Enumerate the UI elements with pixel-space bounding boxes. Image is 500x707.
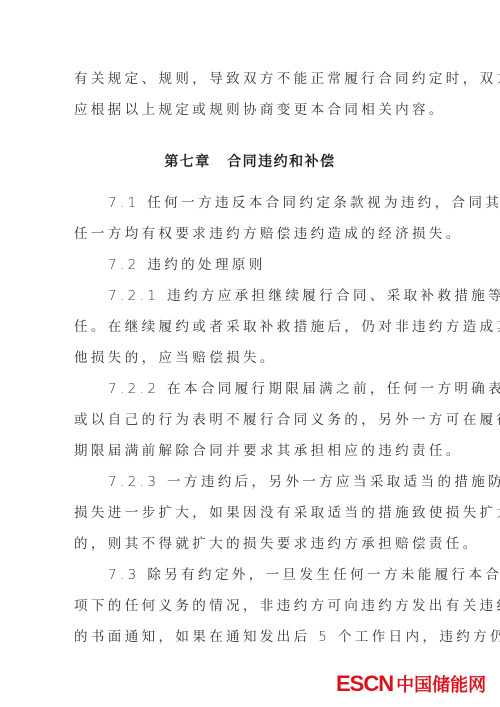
clause-7-2-1-line: 7.2.1 违约方应承担继续履行合同、采取补救措施等责	[108, 288, 424, 304]
clause-7-2-2-line: 7.2.2 在本合同履行期限届满之前，任何一方明确表示	[108, 381, 424, 397]
paragraph-line: 任一方均有权要求违约方赔偿违约造成的经济损失。	[74, 226, 424, 242]
paragraph-line: 项下的任何义务的情况，非违约方可向违约方发出有关违约	[74, 598, 424, 614]
paragraph-line: 他损失的，应当赔偿损失。	[74, 350, 424, 366]
document-page: 有关规定、规则，导致双方不能正常履行合同约定时，双方 应根据以上规定或规则协商变…	[0, 0, 500, 707]
paragraph-line: 期限届满前解除合同并要求其承担相应的违约责任。	[74, 443, 424, 459]
clause-7-2-title: 7.2 违约的处理原则	[108, 257, 424, 273]
clause-7-2-3-line: 7.2.3 一方违约后，另外一方应当采取适当的措施防止	[108, 474, 424, 490]
paragraph-line: 的书面通知，如果在通知发出后 5 个工作日内，违约方仍未	[74, 629, 424, 645]
logo-en-text: ESCN	[336, 671, 393, 697]
paragraph-line: 应根据以上规定或规则协商变更本合同相关内容。	[74, 102, 424, 118]
clause-7-1-line: 7.1 任何一方违反本合同约定条款视为违约，合同其他	[108, 195, 424, 211]
paragraph-line: 的，则其不得就扩大的损失要求违约方承担赔偿责任。	[74, 536, 424, 552]
chapter-heading: 第七章 合同违约和补偿	[0, 151, 500, 171]
paragraph-line: 损失进一步扩大，如果因没有采取适当的措施致使损失扩大	[74, 505, 424, 521]
logo-cn-text: 中国储能网	[396, 671, 486, 697]
paragraph-line: 有关规定、规则，导致双方不能正常履行合同约定时，双方	[74, 71, 424, 87]
paragraph-line: 或以自己的行为表明不履行合同义务的，另外一方可在履行	[74, 412, 424, 428]
escn-watermark-logo: ESCN 中国储能网	[336, 673, 486, 695]
paragraph-line: 任。在继续履约或者采取补救措施后，仍对非违约方造成其	[74, 319, 424, 335]
clause-7-3-line: 7.3 除另有约定外，一旦发生任何一方未能履行本合同	[108, 567, 424, 583]
